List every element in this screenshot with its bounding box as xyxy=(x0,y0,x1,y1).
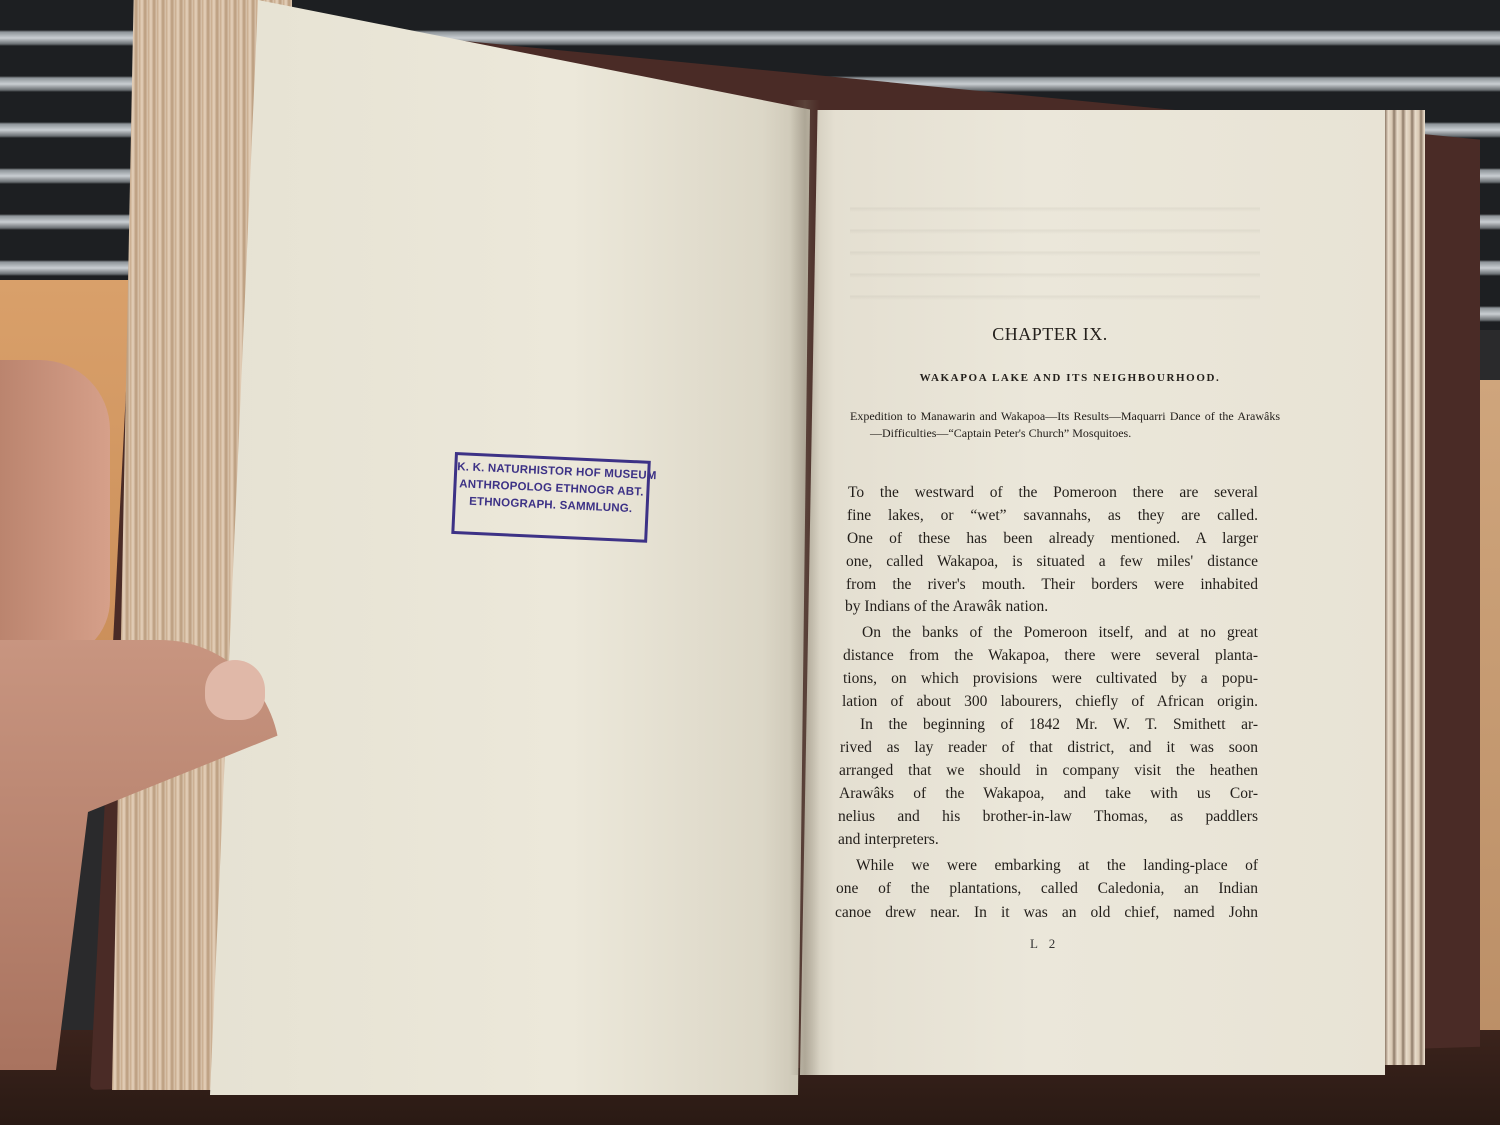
body-line: fine lakes, or “wet” savannahs, as they … xyxy=(847,507,1258,525)
body-line: To the westward of the Pomeroon there ar… xyxy=(848,484,1258,502)
body-line: canoe drew near. In it was an old chief,… xyxy=(835,904,1258,922)
body-line: and interpreters. xyxy=(838,831,978,849)
body-line: distance from the Wakapoa, there were se… xyxy=(843,647,1258,665)
body-line: one, called Wakapoa, is situated a few m… xyxy=(846,553,1258,571)
body-line: In the beginning of 1842 Mr. W. T. Smith… xyxy=(860,716,1258,734)
body-line: one of the plantations, called Caledonia… xyxy=(836,880,1258,898)
thumb xyxy=(205,660,265,720)
body-line: While we were embarking at the landing-p… xyxy=(856,857,1258,875)
body-line: lation of about 300 labourers, chiefly o… xyxy=(842,693,1258,711)
body-line: nelius and his brother-in-law Thomas, as… xyxy=(838,808,1258,826)
chapter-title: WAKAPOA LAKE AND ITS NEIGHBOURHOOD. xyxy=(870,372,1270,384)
left-page xyxy=(210,0,810,1095)
body-line: arranged that we should in company visit… xyxy=(839,762,1258,780)
body-line: rived as lay reader of that district, an… xyxy=(840,739,1258,757)
museum-stamp: K. K. NATURHISTOR HOF MUSEUM ANTHROPOLOG… xyxy=(451,452,651,543)
body-line: from the river's mouth. Their borders we… xyxy=(846,576,1258,594)
body-line: On the banks of the Pomeroon itself, and… xyxy=(862,624,1258,642)
body-line: by Indians of the Arawâk nation. xyxy=(845,598,1045,616)
book-gutter xyxy=(790,100,820,1075)
body-line: One of these has been already mentioned.… xyxy=(847,530,1258,548)
body-line: Arawâks of the Wakapoa, and take with us… xyxy=(839,785,1258,803)
chapter-heading: CHAPTER IX. xyxy=(800,324,1300,345)
show-through-text xyxy=(850,190,1260,310)
page-signature: L 2 xyxy=(1030,936,1059,952)
chapter-summary: Expedition to Manawarin and Wakapoa—Its … xyxy=(850,408,1280,442)
hand-fingers xyxy=(0,360,110,660)
body-line: tions, on which provisions were cultivat… xyxy=(843,670,1258,688)
